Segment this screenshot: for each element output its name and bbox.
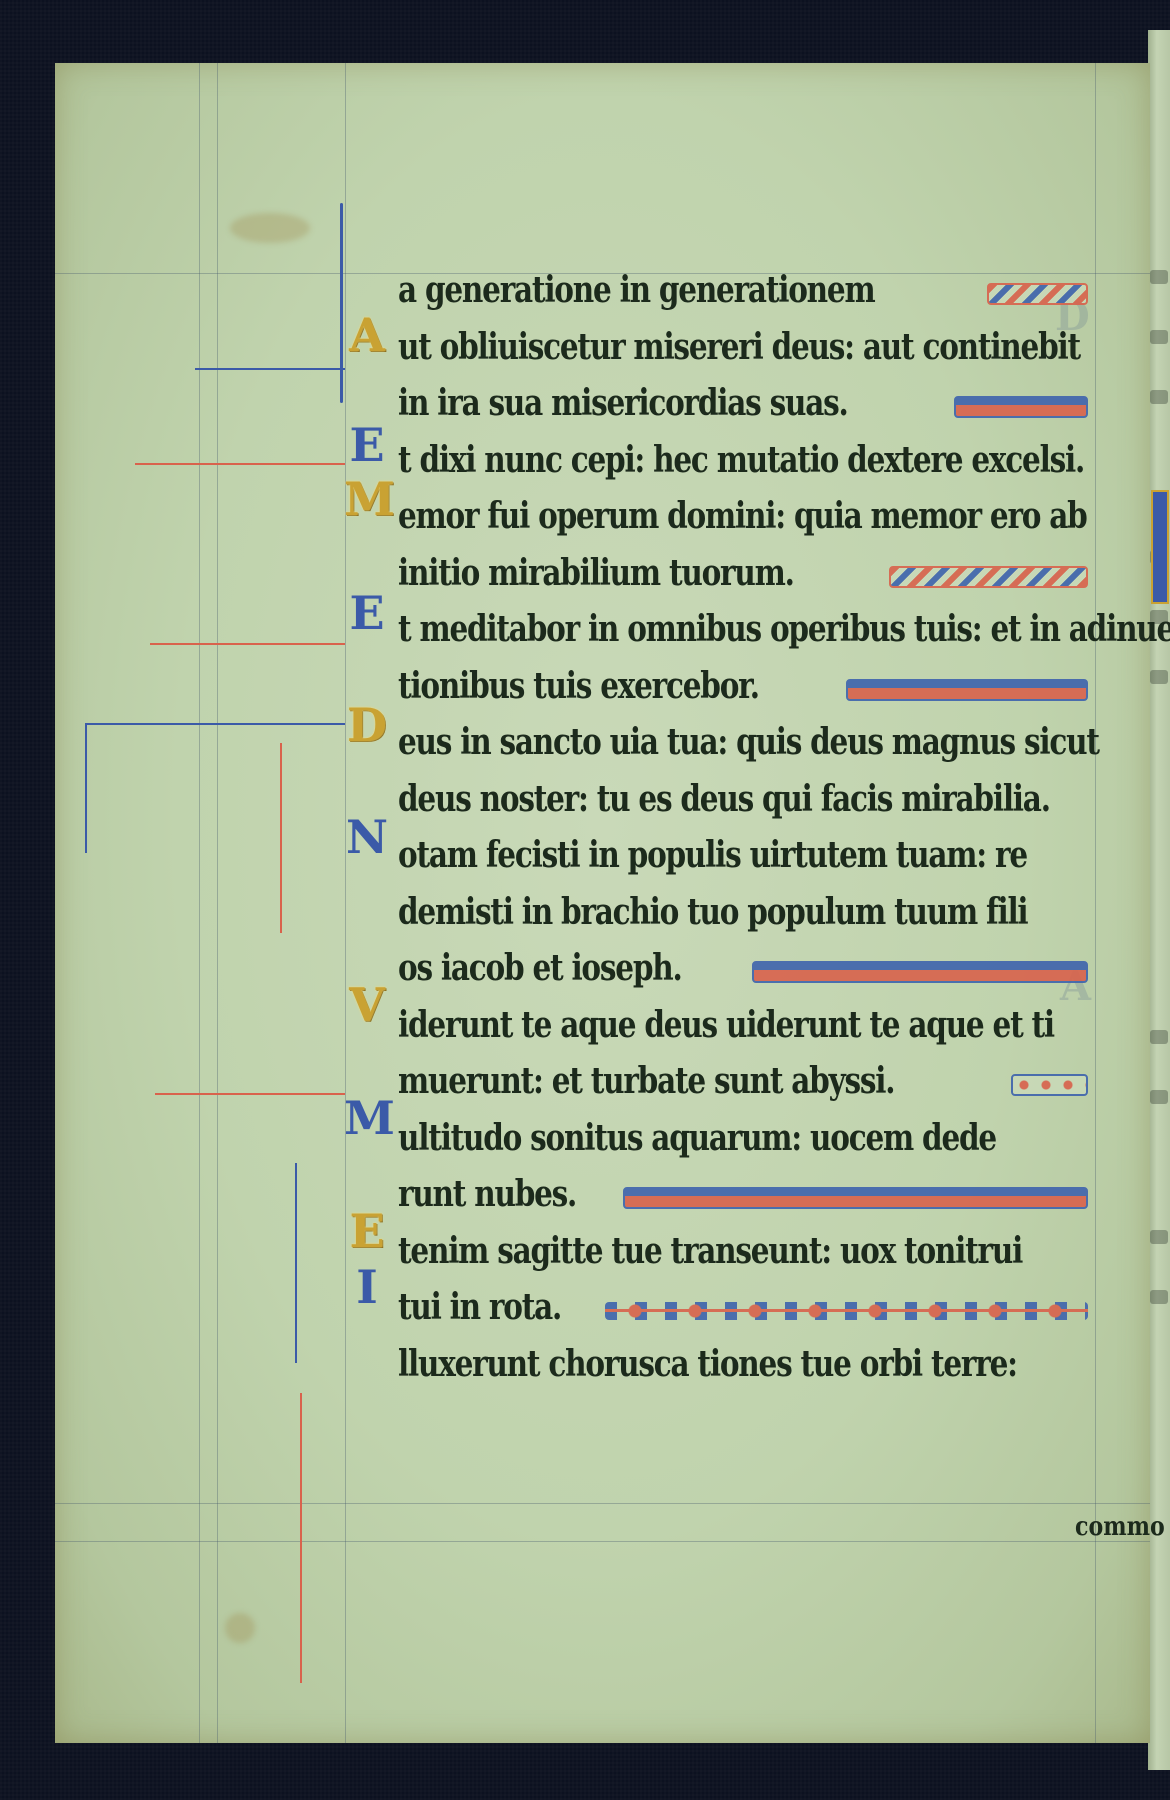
line-filler: [623, 1187, 1088, 1209]
blue-pen-flourish: [85, 723, 87, 853]
text-line: tenim sagitte tue transeunt: uox tonitru…: [398, 1223, 1098, 1280]
line-text: eus in sancto uia tua: quis deus magnus …: [398, 721, 1099, 763]
line-filler: [752, 961, 1088, 983]
text-line: initio mirabilium tuorum.: [398, 545, 1098, 602]
initial-E: E: [344, 1206, 390, 1256]
text-line: t meditabor in omnibus operibus tuis: et…: [398, 601, 1098, 658]
ruling-line: [55, 1503, 1150, 1504]
text-line: emor fui operum domini: quia memor ero a…: [398, 488, 1098, 545]
initial-A: A: [344, 310, 390, 360]
text-line: deus noster: tu es deus qui facis mirabi…: [398, 771, 1098, 828]
text-line: iderunt te aque deus uiderunt te aque et…: [398, 997, 1098, 1054]
line-text: initio mirabilium tuorum.: [398, 552, 794, 594]
line-filler: [846, 679, 1088, 701]
line-text: otam fecisti in populis uirtutem tuam: r…: [398, 834, 1027, 876]
adjacent-leaf-edge: [1148, 30, 1170, 1770]
blue-pen-flourish: [85, 723, 345, 725]
ruling-line: [217, 63, 218, 1743]
line-text: ultitudo sonitus aquarum: uocem dede: [398, 1117, 996, 1159]
red-pen-flourish: [280, 743, 282, 933]
blue-pen-flourish: [195, 368, 345, 370]
stain: [225, 1613, 255, 1643]
line-filler: [987, 283, 1088, 305]
text-line: a generatione in generationem: [398, 262, 1098, 319]
line-text: os iacob et ioseph.: [398, 947, 682, 989]
initial-M: M: [344, 474, 390, 524]
initial-V: V: [344, 980, 390, 1030]
line-text: in ira sua misericordias suas.: [398, 382, 848, 424]
ruling-line: [55, 1541, 1150, 1542]
text-line: tui in rota.: [398, 1279, 1098, 1336]
blue-pen-flourish: [340, 203, 343, 403]
line-text: demisti in brachio tuo populum tuum fili: [398, 891, 1027, 933]
text-line: lluxerunt chorusca tiones tue orbi terre…: [398, 1336, 1098, 1393]
line-text: a generatione in generationem: [398, 269, 874, 311]
line-text: t dixi nunc cepi: hec mutatio dextere ex…: [398, 439, 1084, 481]
text-line: t dixi nunc cepi: hec mutatio dextere ex…: [398, 432, 1098, 489]
initial-M: M: [344, 1093, 390, 1143]
initial-E: E: [344, 588, 390, 638]
blue-pen-flourish: [295, 1163, 297, 1363]
text-line: eus in sancto uia tua: quis deus magnus …: [398, 714, 1098, 771]
red-pen-flourish: [135, 463, 345, 465]
text-line: ut obliuiscetur misereri deus: aut conti…: [398, 319, 1098, 376]
text-line: ultitudo sonitus aquarum: uocem dede: [398, 1110, 1098, 1167]
text-line: runt nubes.: [398, 1166, 1098, 1223]
initial-I: I: [344, 1262, 390, 1342]
red-pen-flourish: [150, 643, 345, 645]
line-text: runt nubes.: [398, 1173, 576, 1215]
line-filler: [605, 1302, 1088, 1320]
line-text: emor fui operum domini: quia memor ero a…: [398, 495, 1087, 537]
text-block: a generatione in generationem ut obliuis…: [398, 262, 1098, 1392]
line-text: t meditabor in omnibus operibus tuis: et…: [398, 608, 1170, 650]
line-filler: [889, 566, 1088, 588]
catchword: commo: [1075, 1512, 1165, 1542]
stain: [230, 213, 310, 243]
line-text: lluxerunt chorusca tiones tue orbi terre…: [398, 1343, 1017, 1385]
line-text: deus noster: tu es deus qui facis mirabi…: [398, 778, 1050, 820]
line-text: tui in rota.: [398, 1286, 561, 1328]
initial-E: E: [344, 420, 390, 470]
ruling-line: [199, 63, 200, 1743]
line-text: tionibus tuis exercebor.: [398, 665, 759, 707]
text-line: muerunt: et turbate sunt abyssi.: [398, 1053, 1098, 1110]
line-text: iderunt te aque deus uiderunt te aque et…: [398, 1004, 1054, 1046]
line-text: muerunt: et turbate sunt abyssi.: [398, 1060, 894, 1102]
red-pen-flourish: [300, 1393, 302, 1683]
text-line: os iacob et ioseph.: [398, 940, 1098, 997]
initial-D: D: [344, 700, 390, 750]
text-line: tionibus tuis exercebor.: [398, 658, 1098, 715]
initial-N: N: [344, 812, 390, 862]
text-line: demisti in brachio tuo populum tuum fili: [398, 884, 1098, 941]
red-pen-flourish: [155, 1093, 345, 1095]
line-text: ut obliuiscetur misereri deus: aut conti…: [398, 326, 1080, 368]
line-filler: [954, 396, 1088, 418]
text-line: in ira sua misericordias suas.: [398, 375, 1098, 432]
line-filler: [1011, 1074, 1088, 1096]
text-line: otam fecisti in populis uirtutem tuam: r…: [398, 827, 1098, 884]
line-text: tenim sagitte tue transeunt: uox tonitru…: [398, 1230, 1022, 1272]
